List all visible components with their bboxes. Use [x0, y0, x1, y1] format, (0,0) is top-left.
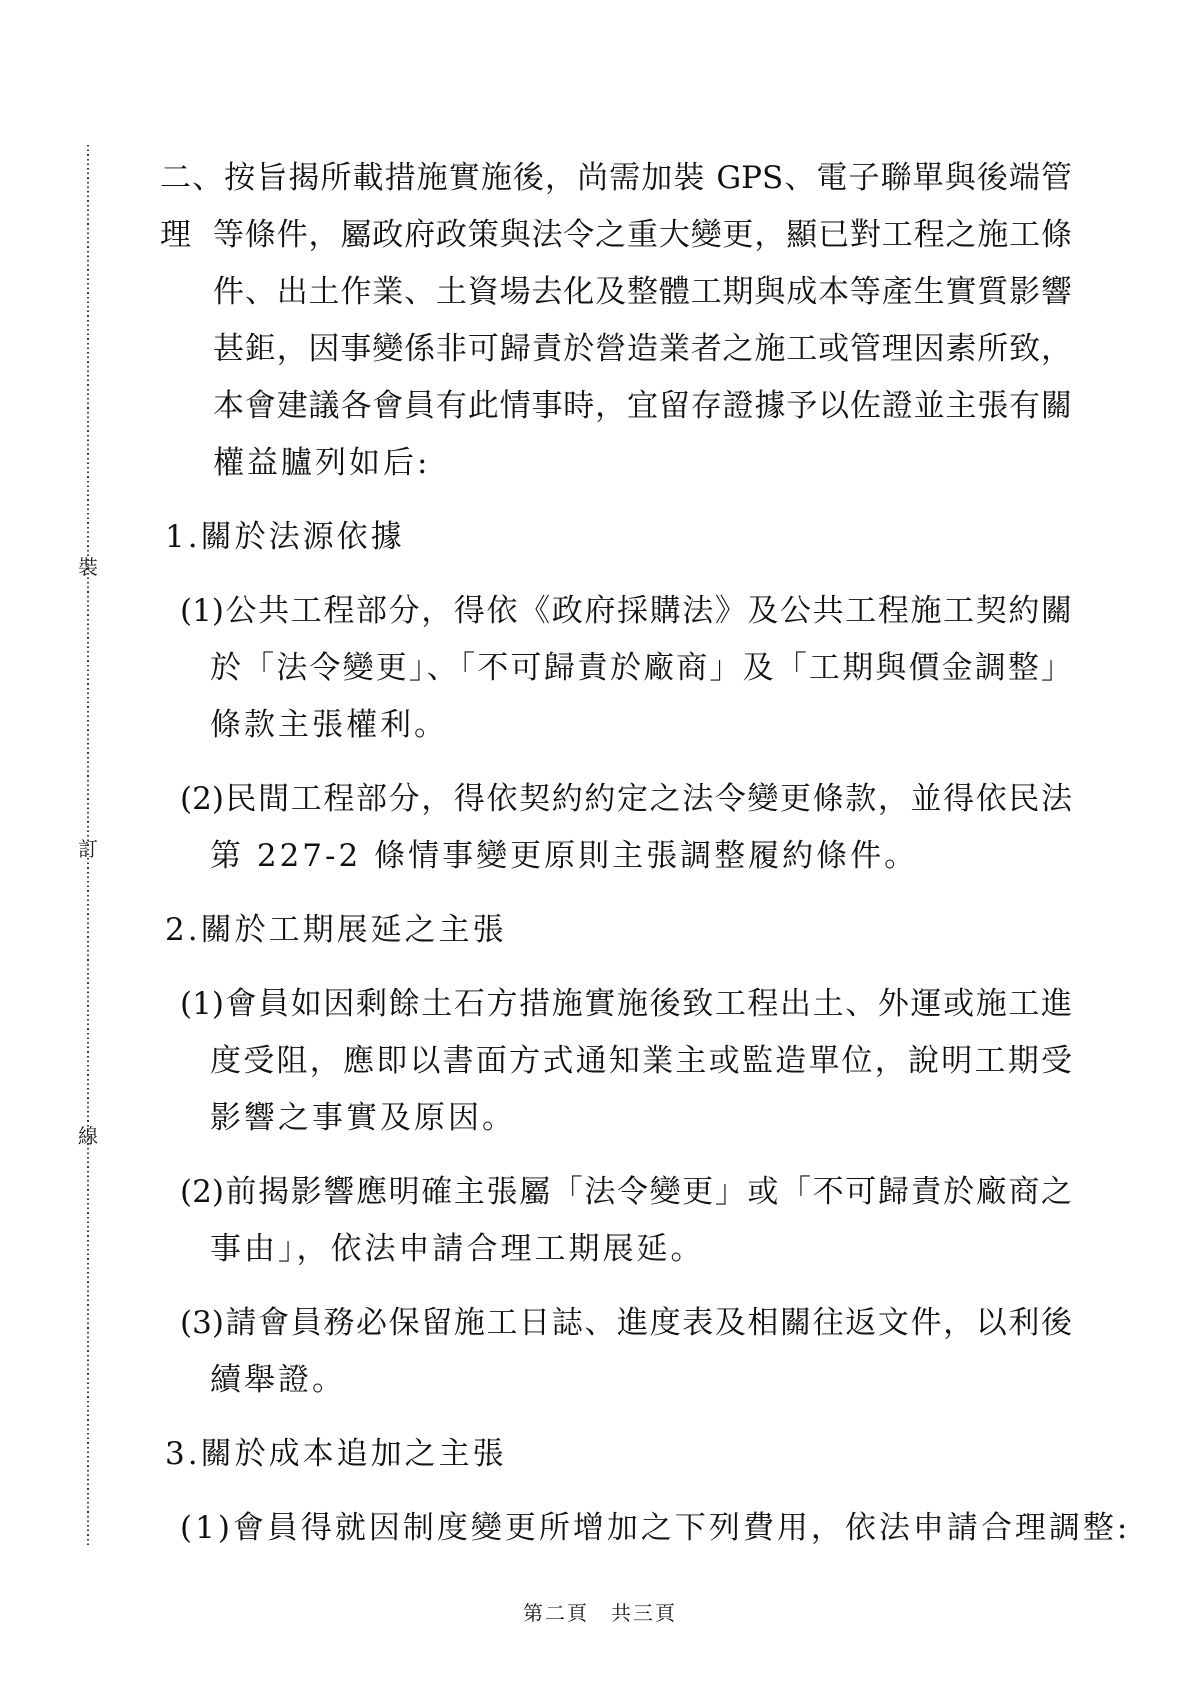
doc-line: (2)民間工程部分，得依契約約定之法令變更條款，並得依民法	[180, 771, 1072, 828]
doc-line: 甚鉅，因事變係非可歸責於營造業者之施工或管理因素所致，	[213, 321, 1072, 378]
doc-line: 影響之事實及原因。	[210, 1090, 1072, 1147]
section-2-item-2: (2)前揭影響應明確主張屬「法令變更」或「不可歸責於廠商之 事由」，依法申請合理…	[0, 1164, 1072, 1278]
line-text: 請會員務必保留施工日誌、進度表及相關往返文件，以利後	[224, 1305, 1072, 1341]
doc-line: 1.關於法源依據	[165, 509, 1072, 566]
doc-line: (1)會員如因剩餘土石方措施實施後致工程出土、外運或施工進	[180, 976, 1072, 1033]
item-label: (1)	[180, 986, 224, 1022]
doc-line: 權益臚列如后:	[213, 435, 1072, 492]
doc-line: 度受阻，應即以書面方式通知業主或監造單位，說明工期受	[210, 1033, 1072, 1090]
line-text: 會員如因剩餘土石方措施實施後致工程出土、外運或施工進	[224, 986, 1072, 1022]
line-text: 會員得就因制度變更所增加之下列費用，依法申請合理調整:	[233, 1510, 1130, 1546]
doc-line: 件、出土作業、土資場去化及整體工期與成本等產生實質影響	[213, 264, 1072, 321]
section-3-heading: 3.關於成本追加之主張	[0, 1426, 1072, 1483]
item-label: (2)	[180, 781, 224, 817]
doc-line: (1)會員得就因制度變更所增加之下列費用，依法申請合理調整:	[180, 1500, 1072, 1557]
section-1-heading: 1.關於法源依據	[0, 509, 1072, 566]
doc-line: (3)請會員務必保留施工日誌、進度表及相關往返文件，以利後	[180, 1295, 1072, 1352]
doc-line: 2.關於工期展延之主張	[165, 902, 1072, 959]
item-label: (1)	[180, 593, 224, 629]
line-text: 前揭影響應明確主張屬「法令變更」或「不可歸責於廠商之	[224, 1174, 1072, 1210]
section-2-heading: 2.關於工期展延之主張	[0, 902, 1072, 959]
section-2-item-1: (1)會員如因剩餘土石方措施實施後致工程出土、外運或施工進 度受阻，應即以書面方…	[0, 976, 1072, 1147]
doc-line: 本會建議各會員有此情事時，宜留存證據予以佐證並主張有關	[213, 378, 1072, 435]
doc-line: 二、按旨揭所載措施實施後，尚需加裝 GPS、電子聯單與後端管理	[160, 150, 1072, 207]
doc-line: (1)公共工程部分，得依《政府採購法》及公共工程施工契約關	[180, 583, 1072, 640]
section-1-item-1: (1)公共工程部分，得依《政府採購法》及公共工程施工契約關 於「法令變更」、「不…	[0, 583, 1072, 754]
paragraph-2: 二、按旨揭所載措施實施後，尚需加裝 GPS、電子聯單與後端管理 等條件，屬政府政…	[0, 150, 1072, 492]
doc-line: (2)前揭影響應明確主張屬「法令變更」或「不可歸責於廠商之	[180, 1164, 1072, 1221]
item-label: 二、	[160, 160, 224, 196]
document-body: 二、按旨揭所載措施實施後，尚需加裝 GPS、電子聯單與後端管理 等條件，屬政府政…	[0, 150, 1072, 1557]
doc-line: 於「法令變更」、「不可歸責於廠商」及「工期與價金調整」	[210, 640, 1072, 697]
doc-line: 事由」，依法申請合理工期展延。	[210, 1221, 1072, 1278]
doc-line: 條款主張權利。	[210, 697, 1072, 754]
section-1-item-2: (2)民間工程部分，得依契約約定之法令變更條款，並得依民法 第 227-2 條情…	[0, 771, 1072, 885]
doc-line: 3.關於成本追加之主張	[165, 1426, 1072, 1483]
item-label: (3)	[180, 1305, 224, 1341]
page-footer: 第二頁 共三頁	[0, 1598, 1200, 1628]
line-text: 民間工程部分，得依契約約定之法令變更條款，並得依民法	[224, 781, 1072, 817]
section-2-item-3: (3)請會員務必保留施工日誌、進度表及相關往返文件，以利後 續舉證。	[0, 1295, 1072, 1409]
doc-line: 等條件，屬政府政策與法令之重大變更，顯已對工程之施工條	[213, 207, 1072, 264]
line-text: 公共工程部分，得依《政府採購法》及公共工程施工契約關	[224, 593, 1072, 629]
item-label: (2)	[180, 1174, 224, 1210]
doc-line: 續舉證。	[210, 1352, 1072, 1409]
doc-line: 第 227-2 條情事變更原則主張調整履約條件。	[210, 828, 1072, 885]
item-label: (1)	[180, 1510, 233, 1546]
section-3-item-1: (1)會員得就因制度變更所增加之下列費用，依法申請合理調整:	[0, 1500, 1072, 1557]
document-page: 裝 訂 線 二、按旨揭所載措施實施後，尚需加裝 GPS、電子聯單與後端管理 等條…	[0, 0, 1200, 1697]
